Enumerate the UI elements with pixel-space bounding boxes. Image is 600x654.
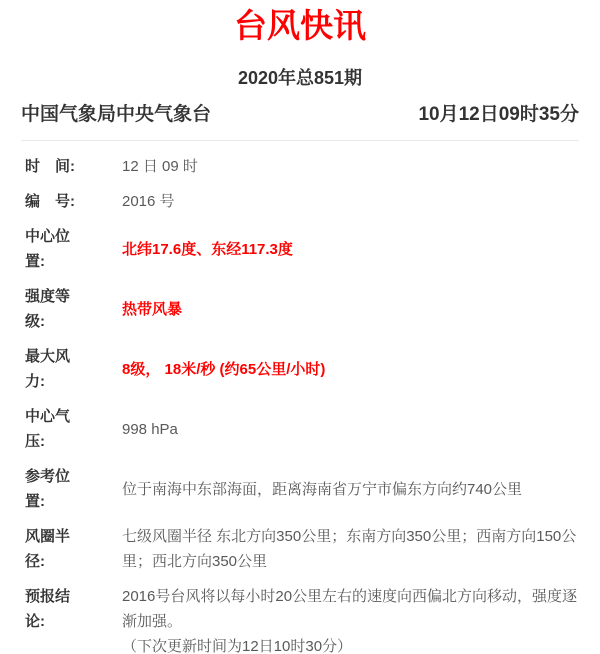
field-label: 时 间: (25, 154, 81, 179)
field-value: 12 日 09 时 (122, 154, 585, 179)
field-value-text: 12 日 09 时 (122, 154, 585, 179)
field-value: 998 hPa (122, 417, 585, 442)
field-row: 预报结论:2016号台风将以每小时20公里左右的速度向西偏北方向移动，强度逐渐加… (25, 584, 585, 654)
field-value-text: 998 hPa (122, 417, 585, 442)
field-value-text: 2016 号 (122, 189, 585, 214)
field-value-text: 热带风暴 (122, 297, 585, 322)
field-label: 最大风力: (25, 344, 81, 394)
field-note: （下次更新时间为12日10时30分） (122, 634, 585, 654)
issue-number: 2020年总851期 (0, 66, 600, 90)
field-value: 北纬17.6度、东经117.3度 (122, 237, 585, 262)
publish-time: 10月12日09时35分 (418, 103, 579, 127)
field-row: 最大风力:8级， 18米/秒 (约65公里/小时) (25, 344, 585, 394)
field-value: 2016 号 (122, 189, 585, 214)
field-row: 风圈半径:七级风圈半径 东北方向350公里；东南方向350公里；西南方向150公… (25, 524, 585, 574)
field-value-text: 8级， 18米/秒 (约65公里/小时) (122, 357, 585, 382)
field-value: 位于南海中东部海面，距离海南省万宁市偏东方向约740公里 (122, 477, 585, 502)
field-row: 中心气压:998 hPa (25, 404, 585, 454)
agency-name: 中国气象局中央气象台 (21, 103, 211, 127)
field-value: 七级风圈半径 东北方向350公里；东南方向350公里；西南方向150公里；西北方… (122, 524, 585, 574)
field-row: 强度等级:热带风暴 (25, 284, 585, 334)
field-label: 中心位置: (25, 224, 81, 274)
field-label: 编 号: (25, 189, 81, 214)
field-label: 中心气压: (25, 404, 81, 454)
field-row: 时 间:12 日 09 时 (25, 154, 585, 179)
field-value-text: 2016号台风将以每小时20公里左右的速度向西偏北方向移动，强度逐渐加强。 (122, 584, 585, 634)
field-value: 热带风暴 (122, 297, 585, 322)
meta-header: 中国气象局中央气象台 10月12日09时35分 (21, 103, 579, 141)
fields-table: 时 间:12 日 09 时编 号:2016 号中心位置:北纬17.6度、东经11… (25, 154, 585, 654)
field-value: 2016号台风将以每小时20公里左右的速度向西偏北方向移动，强度逐渐加强。（下次… (122, 584, 585, 654)
field-label: 风圈半径: (25, 524, 81, 574)
field-value: 8级， 18米/秒 (约65公里/小时) (122, 357, 585, 382)
field-row: 中心位置:北纬17.6度、东经117.3度 (25, 224, 585, 274)
page-title: 台风快讯 (0, 6, 600, 46)
field-label: 强度等级: (25, 284, 81, 334)
field-row: 参考位置:位于南海中东部海面，距离海南省万宁市偏东方向约740公里 (25, 464, 585, 514)
field-label: 参考位置: (25, 464, 81, 514)
field-value-text: 位于南海中东部海面，距离海南省万宁市偏东方向约740公里 (122, 477, 585, 502)
field-value-text: 北纬17.6度、东经117.3度 (122, 237, 585, 262)
typhoon-bulletin: 台风快讯 2020年总851期 中国气象局中央气象台 10月12日09时35分 … (0, 6, 600, 654)
field-row: 编 号:2016 号 (25, 189, 585, 214)
field-value-text: 七级风圈半径 东北方向350公里；东南方向350公里；西南方向150公里；西北方… (122, 524, 585, 574)
field-label: 预报结论: (25, 584, 81, 634)
